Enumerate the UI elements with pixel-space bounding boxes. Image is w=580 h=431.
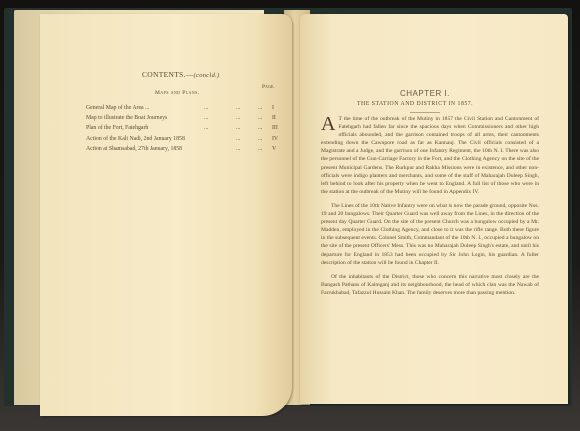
page-column-label: Page.: [262, 84, 275, 90]
entry-page: III: [272, 123, 278, 133]
paragraph: AT the time of the outbreak of the Mutin…: [321, 115, 539, 196]
leader-dots: ...: [258, 123, 262, 133]
entry-page: II: [272, 113, 276, 123]
contents-title-main: CONTENTS.—: [142, 70, 194, 79]
leader-dots: ...: [236, 123, 240, 133]
heading-rule: [410, 112, 440, 113]
paragraph: Of the inhabitants of the District, thos…: [321, 273, 539, 297]
leader-dots: ...: [236, 113, 240, 123]
contents-title: CONTENTS.—(concld.): [142, 70, 220, 79]
section-heading: Maps and Plans.: [155, 90, 200, 96]
leader-dots: ...: [204, 103, 208, 113]
chapter-body: AT the time of the outbreak of the Mutin…: [321, 115, 539, 297]
leader-dots: ...: [258, 113, 262, 123]
contents-entry: Map to illustrate the Boat Journeys ... …: [86, 113, 276, 123]
chapter-heading: CHAPTER I.: [400, 89, 450, 98]
entry-title: General Map of the Area ...: [86, 103, 149, 113]
entry-title: Plan of the Fort, Fatehgarh: [86, 123, 148, 133]
leader-dots: ...: [204, 123, 208, 133]
entry-title: Action at Shamsabad, 27th January, 1858: [86, 144, 182, 154]
drop-cap: A: [321, 116, 335, 132]
chapter-title: THE STATION AND DISTRICT IN 1857.: [357, 101, 473, 107]
entry-title: Action of the Kali Nadi, 2nd January 185…: [86, 134, 185, 144]
leader-dots: ...: [236, 134, 240, 144]
contents-entry: Action of the Kali Nadi, 2nd January 185…: [86, 134, 276, 144]
entry-page: IV: [272, 134, 278, 144]
leader-dots: ...: [258, 103, 262, 113]
entry-page: I: [272, 103, 274, 113]
leader-dots: ...: [258, 144, 262, 154]
leader-dots: ...: [258, 134, 262, 144]
leader-dots: ...: [236, 144, 240, 154]
contents-entry: Plan of the Fort, Fatehgarh ... ... ... …: [86, 123, 276, 133]
entry-page: V: [272, 144, 276, 154]
contents-list: General Map of the Area ... ... ... ... …: [86, 103, 276, 154]
leader-dots: ...: [236, 103, 240, 113]
contents-title-suffix: (concld.): [194, 72, 220, 79]
paragraph: The Lines of the 10th Native Infantry we…: [321, 202, 539, 267]
leader-dots: ...: [204, 113, 208, 123]
contents-entry: Action at Shamsabad, 27th January, 1858 …: [86, 144, 276, 154]
contents-entry: General Map of the Area ... ... ... ... …: [86, 103, 276, 113]
entry-title: Map to illustrate the Boat Journeys: [86, 113, 167, 123]
